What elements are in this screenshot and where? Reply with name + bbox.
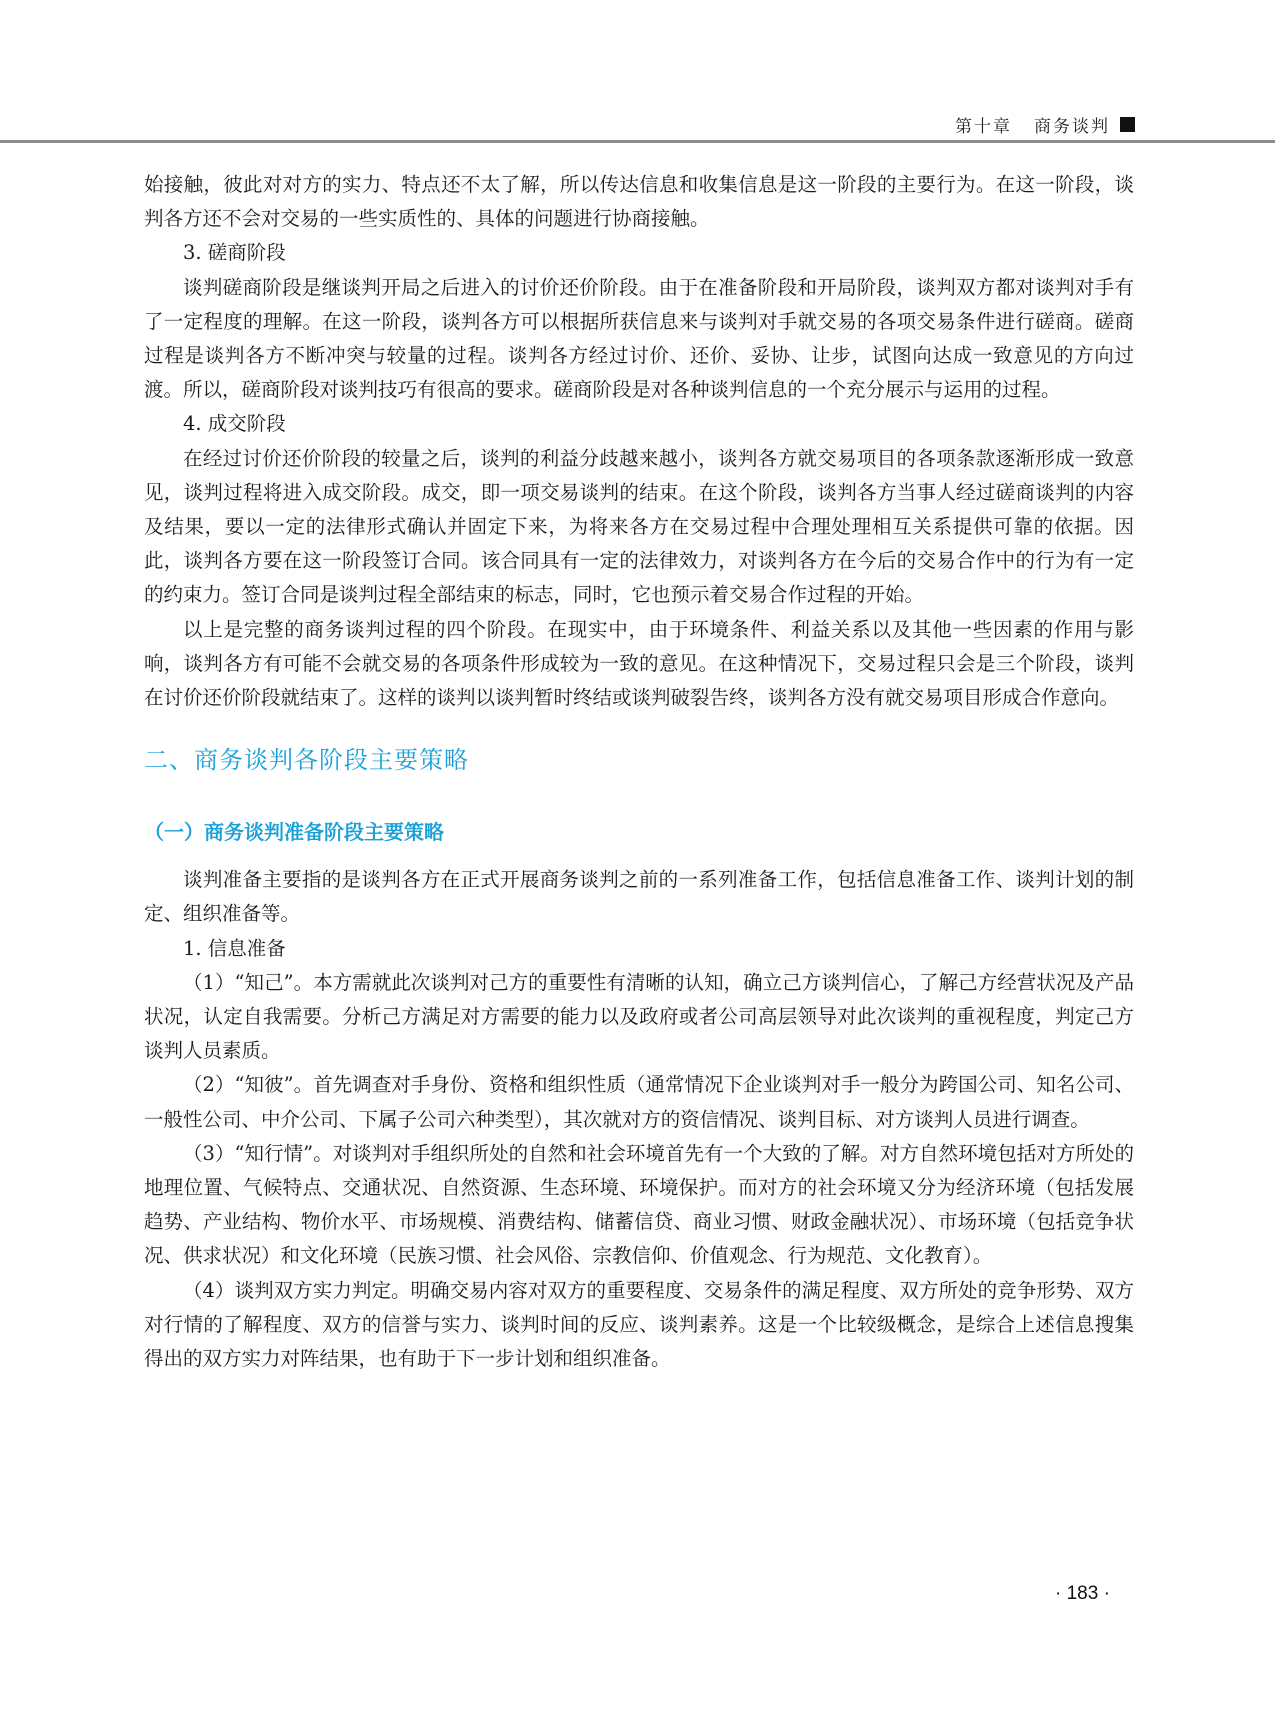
paragraph-preparation: 谈判准备主要指的是谈判各方在正式开展商务谈判之前的一系列准备工作，包括信息准备工… bbox=[144, 863, 1134, 931]
section-heading: 二、商务谈判各阶段主要策略 bbox=[144, 743, 1134, 777]
heading-info-preparation: 1. 信息准备 bbox=[144, 932, 1134, 966]
page-body: 始接触，彼此对对方的实力、特点还不太了解，所以传达信息和收集信息是这一阶段的主要… bbox=[144, 168, 1134, 1376]
header-rule bbox=[0, 140, 1275, 143]
list-item-strength-assessment: （4）谈判双方实力判定。明确交易内容对双方的重要程度、交易条件的满足程度、双方所… bbox=[144, 1274, 1134, 1377]
running-head: 第十章 商务谈判 bbox=[955, 112, 1135, 137]
list-item-know-market: （3）“知行情”。对谈判对手组织所处的自然和社会环境首先有一个大致的了解。对方自… bbox=[144, 1137, 1134, 1274]
square-marker-icon bbox=[1120, 117, 1135, 132]
list-item-know-other: （2）“知彼”。首先调查对手身份、资格和组织性质（通常情况下企业谈判对手一般分为… bbox=[144, 1068, 1134, 1136]
subsection-heading: （一）商务谈判准备阶段主要策略 bbox=[144, 817, 1134, 847]
chapter-title: 商务谈判 bbox=[1034, 112, 1110, 137]
heading-negotiation-stage: 3. 磋商阶段 bbox=[144, 236, 1134, 270]
heading-closing-stage: 4. 成交阶段 bbox=[144, 407, 1134, 441]
chapter-number: 第十章 bbox=[955, 112, 1012, 137]
list-item-know-self: （1）“知己”。本方需就此次谈判对己方的重要性有清晰的认知，确立己方谈判信心，了… bbox=[144, 966, 1134, 1069]
paragraph-continued: 始接触，彼此对对方的实力、特点还不太了解，所以传达信息和收集信息是这一阶段的主要… bbox=[144, 168, 1134, 236]
paragraph-negotiation: 谈判磋商阶段是继谈判开局之后进入的讨价还价阶段。由于在准备阶段和开局阶段，谈判双… bbox=[144, 271, 1134, 408]
page-number: · 183 · bbox=[1055, 1583, 1110, 1605]
paragraph-summary: 以上是完整的商务谈判过程的四个阶段。在现实中，由于环境条件、利益关系以及其他一些… bbox=[144, 613, 1134, 716]
paragraph-closing: 在经过讨价还价阶段的较量之后，谈判的利益分歧越来越小，谈判各方就交易项目的各项条… bbox=[144, 442, 1134, 613]
